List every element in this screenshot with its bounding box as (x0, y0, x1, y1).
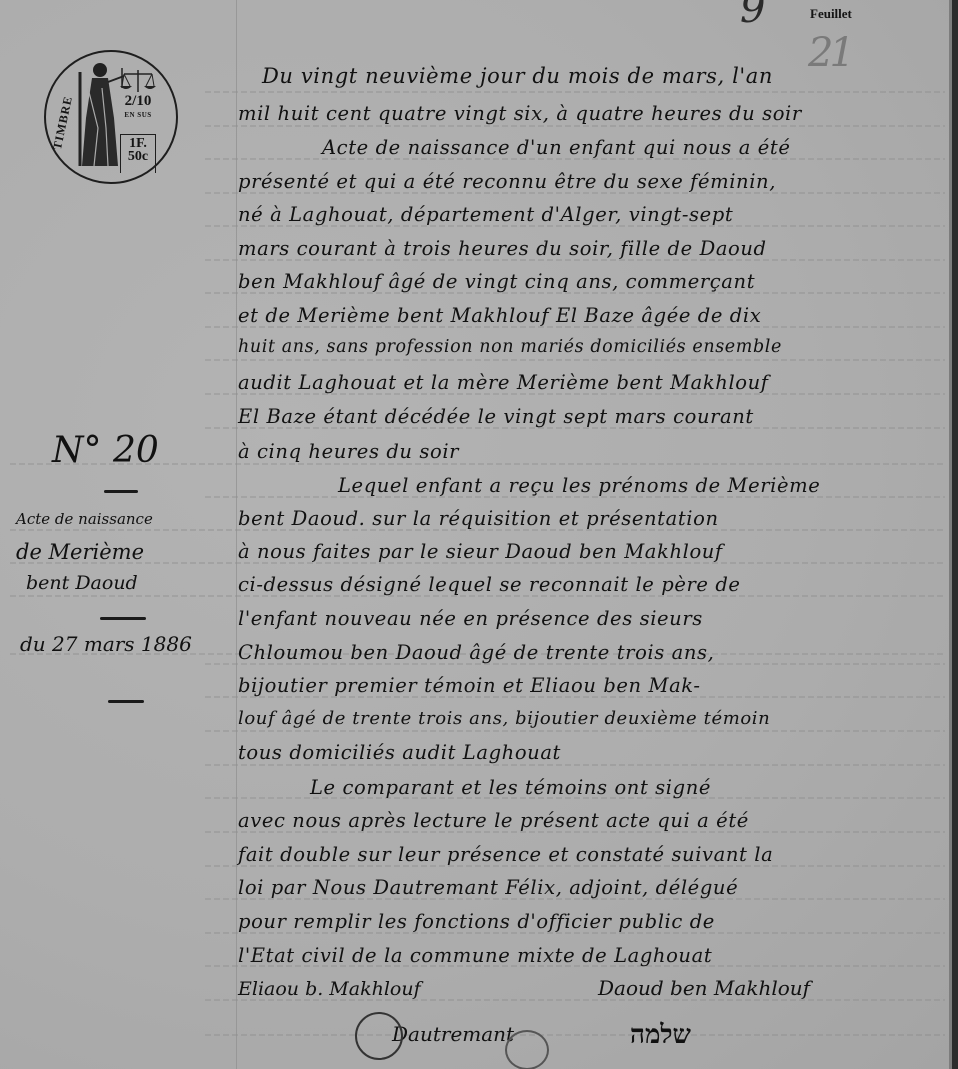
body-line-7: ben Makhlouf âgé de vingt cinq ans, comm… (238, 270, 755, 293)
body-line-6: mars courant à trois heures du soir, fil… (238, 237, 767, 260)
signature-hebrew: שלמה (630, 1020, 691, 1050)
margin-dash (100, 617, 146, 620)
body-line-18: Chloumou ben Daoud âgé de trente trois a… (238, 641, 714, 664)
body-line-11: El Baze étant décédée le vingt sept mars… (238, 405, 754, 428)
tax-stamp: TIMBRE 2/10 EN SUS 1F. 50c (44, 50, 178, 184)
signature-officer: Dautremant (392, 1022, 514, 1046)
surcharge-note: EN SUS (121, 108, 155, 122)
justice-figure-icon (68, 58, 126, 168)
body-line-19: bijoutier premier témoin et Eliaou ben M… (238, 674, 701, 697)
body-line-4: présenté et qui a été reconnu être du se… (238, 170, 776, 193)
body-line-20: louf âgé de trente trois ans, bijoutier … (238, 708, 770, 729)
ink-folio-mark: 9 (740, 0, 765, 32)
stamp-value: 1F. 50c (120, 134, 156, 173)
register-page: TIMBRE 2/10 EN SUS 1F. 50c (0, 0, 958, 1069)
body-line-3: Acte de naissance d'un enfant qui nous a… (322, 136, 790, 159)
body-line-25: loi par Nous Dautremant Félix, adjoint, … (238, 876, 738, 899)
surcharge-value: 2/10 (125, 93, 152, 109)
signature-father: Daoud ben Makhlouf (598, 976, 810, 1000)
body-line-5: né à Laghouat, département d'Alger, ving… (238, 203, 733, 226)
body-line-26: pour remplir les fonctions d'officier pu… (238, 910, 715, 933)
feuillet-label: Feuillet (810, 6, 852, 22)
margin-caption-line-1: Acte de naissance (16, 510, 153, 528)
body-line-22: Le comparant et les témoins ont signé (310, 776, 711, 799)
margin-rule (236, 0, 237, 1069)
body-line-2: mil huit cent quatre vingt six, à quatre… (238, 102, 802, 125)
body-line-15: à nous faites par le sieur Daoud ben Mak… (238, 540, 723, 563)
body-line-14: bent Daoud. sur la réquisition et présen… (238, 507, 719, 530)
body-line-16: ci-dessus désigné lequel se reconnait le… (238, 573, 741, 596)
pencil-folio-number: 21 (808, 30, 851, 76)
margin-dash (108, 700, 144, 703)
signature-witness: Eliaou b. Makhlouf (238, 978, 421, 1000)
stamp-surcharge: 2/10 EN SUS (121, 94, 155, 122)
signature-flourish (505, 1030, 549, 1069)
body-line-12: à cinq heures du soir (238, 440, 459, 463)
body-line-1: Du vingt neuvième jour du mois de mars, … (262, 64, 773, 88)
scales-icon (120, 70, 156, 94)
body-line-23: avec nous après lecture le présent acte … (238, 809, 749, 832)
body-line-17: l'enfant nouveau née en présence des sie… (238, 607, 703, 630)
body-line-24: fait double sur leur présence et constat… (238, 843, 773, 866)
signature-flourish (355, 1012, 403, 1060)
body-line-21: tous domiciliés audit Laghouat (238, 741, 561, 764)
act-number: N° 20 (52, 430, 159, 471)
body-line-10: audit Laghouat et la mère Merième bent M… (238, 371, 769, 394)
margin-dash (104, 490, 138, 493)
page-edge (952, 0, 958, 1069)
body-line-9: huit ans, sans profession non mariés dom… (238, 337, 782, 357)
body-line-27: l'Etat civil de la commune mixte de Lagh… (238, 944, 712, 967)
stamp-value-bottom: 50c (121, 150, 155, 163)
margin-caption-line-2: de Merième (16, 540, 144, 564)
margin-caption-line-3: bent Daoud (26, 572, 138, 594)
body-line-13: Lequel enfant a reçu les prénoms de Meri… (338, 474, 820, 497)
body-line-8: et de Merième bent Makhlouf El Baze âgée… (238, 304, 761, 327)
margin-date: du 27 mars 1886 (20, 632, 192, 656)
